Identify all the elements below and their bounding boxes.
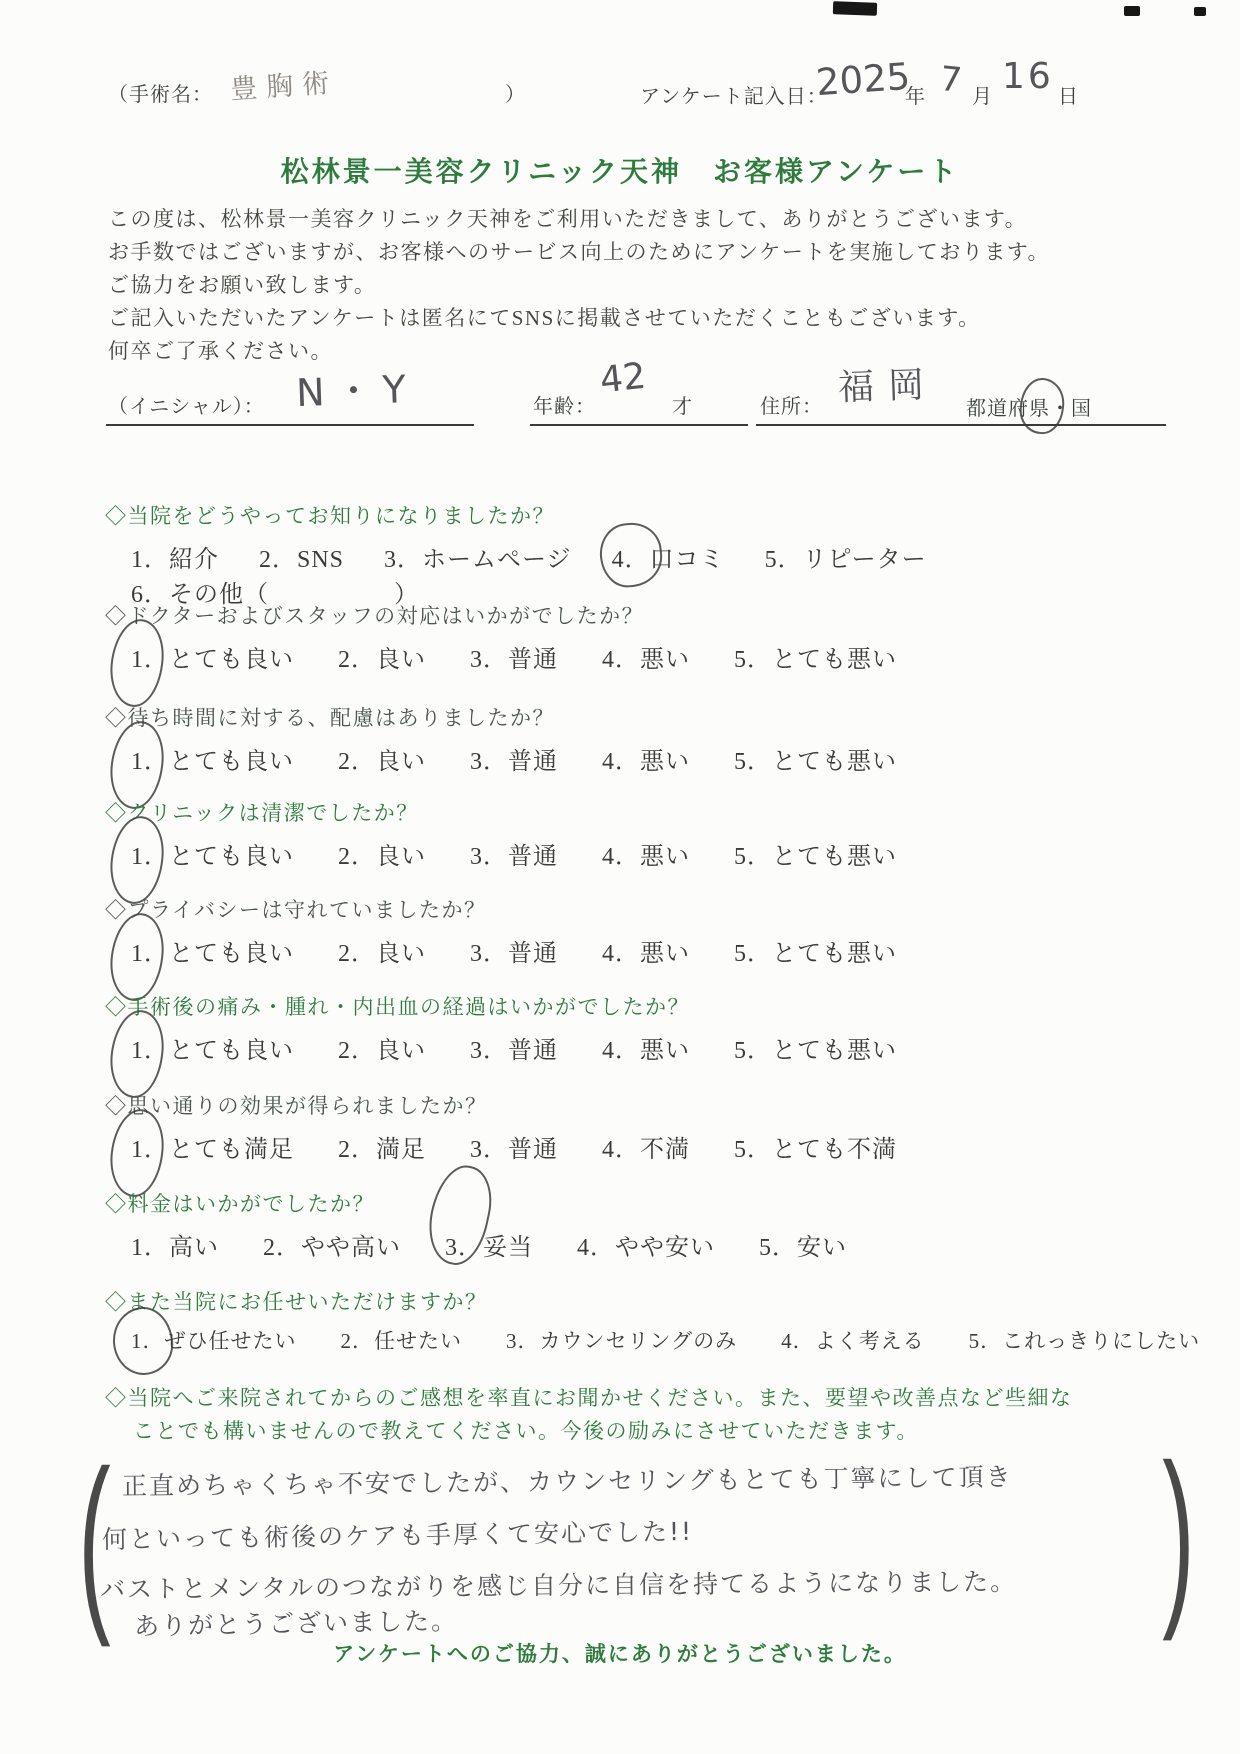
comment-close-paren: ) [1162, 1436, 1194, 1631]
intro-line: ご協力をお願い致します。 [108, 269, 1168, 302]
question-how-did-you-know: ◇当院をどうやってお知りになりましたか？ 1．紹介2．SNS3．ホームページ4．… [105, 500, 1205, 609]
option-circled: 1．とても満足 [131, 1129, 294, 1164]
survey-date-year-handwritten: 2025 [815, 55, 912, 104]
scan-artifact [833, 1, 877, 16]
address-label: 住所： [760, 390, 823, 419]
options-row: 1．とても良い2．良い3．普通4．悪い5．とても悪い [131, 933, 1205, 968]
comment-line-handwritten: 何といっても術後のケアも手厚くて安心でした!! [102, 1512, 693, 1556]
question-title: ◇また当院にお任せいただけますか？ [105, 1286, 1235, 1316]
intro-line: この度は、松林景一美容クリニック天神をご利用いただきまして、ありがとうございます… [108, 203, 1168, 236]
options-row: 1．紹介2．SNS3．ホームページ4．口コミ5．リピーター6．その他（ ） [131, 539, 1205, 609]
option: 3．普通 [470, 836, 558, 871]
question-title-line1: ◇当院へご来院されてからのご感想を率直にお聞かせください。また、要望や改善点など… [105, 1382, 1215, 1415]
option: 5．安い [759, 1227, 847, 1262]
option-circled: 1．とても良い [131, 639, 294, 674]
question-repeat-visit: ◇また当院にお任せいただけますか？ 1．ぜひ任せたい2．任せたい3．カウンセリン… [105, 1286, 1235, 1355]
question-title: ◇当院をどうやってお知りになりましたか？ [105, 500, 1205, 530]
question-title: ◇思い通りの効果が得られましたか？ [105, 1090, 1205, 1120]
option: 2．任せたい [341, 1325, 463, 1355]
initial-label: （イニシャル）： [108, 390, 265, 419]
question-title: ◇ドクターおよびスタッフの対応はいかがでしたか？ [105, 600, 1205, 630]
question-title: ◇手術後の痛み・腫れ・内出血の経過はいかがでしたか？ [105, 991, 1205, 1021]
option: 4．悪い [602, 933, 690, 968]
scanned-survey-page: （手術名： 豊胸術 ） アンケート記入日： 2025 年 7 月 16 日 松林… [0, 0, 1240, 1754]
option: 4．やや安い [577, 1227, 715, 1262]
option-circled: 1．とても良い [131, 741, 294, 776]
options-row: 1．とても良い2．良い3．普通4．悪い5．とても悪い [131, 741, 1205, 776]
option-circled: 3．妥当 [445, 1227, 533, 1262]
question-price: ◇料金はいかがでしたか？ 1．高い2．やや高い3．妥当4．やや安い5．安い [105, 1188, 1205, 1262]
option-circled: 4．口コミ [612, 539, 725, 574]
option: 5．とても悪い [734, 741, 897, 776]
option: 4．悪い [602, 836, 690, 871]
options-row: 1．とても満足2．満足3．普通4．不満5．とても不満 [131, 1129, 1205, 1164]
option: 1．紹介 [131, 539, 219, 574]
option: 3．普通 [470, 933, 558, 968]
comment-line-handwritten: ありがとうございました。 [134, 1601, 459, 1643]
address-value-handwritten: 福岡 [837, 356, 939, 410]
option: 5．とても悪い [734, 933, 897, 968]
age-unit: 才 [672, 390, 693, 419]
question-desired-effect: ◇思い通りの効果が得られましたか？ 1．とても満足2．満足3．普通4．不満5．と… [105, 1090, 1205, 1164]
option: 5．とても悪い [734, 1030, 897, 1065]
comment-line-handwritten: バストとメンタルのつながりを感じ自分に自信を持てるようになりました。 [100, 1562, 1017, 1606]
scan-artifact [1124, 6, 1140, 16]
question-title: ◇料金はいかがでしたか？ [105, 1188, 1205, 1218]
year-unit: 年 [905, 80, 926, 109]
option: 5．リピーター [765, 539, 927, 574]
option: 5．これっきりにしたい [969, 1325, 1201, 1355]
comment-line-handwritten: 正直めちゃくちゃ不安でしたが、カウンセリングもとても丁寧にして頂き [122, 1457, 1013, 1502]
surgery-name-close-paren: ） [505, 78, 526, 107]
options-row: 1．とても良い2．良い3．普通4．悪い5．とても悪い [131, 1030, 1205, 1065]
option: 5．とても悪い [734, 836, 897, 871]
age-label: 年齢： [533, 390, 596, 419]
pref-circled-character: 県 [1029, 392, 1050, 421]
survey-date-label: アンケート記入日： [640, 80, 828, 109]
intro-line: ご記入いただいたアンケートは匿名にてSNSに掲載させていただくこともございます。 [108, 302, 1168, 335]
question-title: ◇待ち時間に対する、配慮はありましたか？ [105, 702, 1205, 732]
day-unit: 日 [1058, 80, 1079, 109]
option-circled: 1．とても良い [131, 836, 294, 871]
age-underline [530, 424, 748, 426]
option: 2．良い [338, 933, 426, 968]
option: 4．不満 [602, 1129, 690, 1164]
option: 4．よく考える [781, 1325, 925, 1355]
initial-underline [106, 424, 474, 426]
option: 2．良い [338, 741, 426, 776]
option: 2．良い [338, 1030, 426, 1065]
survey-date-month-handwritten: 7 [938, 59, 964, 101]
footer-thanks: アンケートへのご協力、誠にありがとうございました。 [0, 1638, 1240, 1668]
question-title: ◇プライバシーは守れていましたか？ [105, 894, 1205, 924]
question-postop-course: ◇手術後の痛み・腫れ・内出血の経過はいかがでしたか？ 1．とても良い2．良い3．… [105, 991, 1205, 1065]
option: 5．とても悪い [734, 639, 897, 674]
option: 2．やや高い [263, 1227, 401, 1262]
initial-value-handwritten: N・Y [295, 358, 416, 417]
option: 3．カウンセリングのみ [506, 1325, 737, 1355]
option: 4．悪い [602, 639, 690, 674]
question-cleanliness: ◇クリニックは清潔でしたか？ 1．とても良い2．良い3．普通4．悪い5．とても悪… [105, 797, 1205, 871]
question-free-comment: ◇当院へご来院されてからのご感想を率直にお聞かせください。また、要望や改善点など… [105, 1382, 1215, 1448]
month-unit: 月 [972, 80, 993, 109]
intro-line: お手数ではございますが、お客様へのサービス向上のためにアンケートを実施しておりま… [108, 236, 1168, 269]
intro-paragraph: この度は、松林景一美容クリニック天神をご利用いただきまして、ありがとうございます… [108, 203, 1168, 368]
option: 3．普通 [470, 639, 558, 674]
option-circled: 1．とても良い [131, 933, 294, 968]
option: 2．満足 [338, 1129, 426, 1164]
option: 4．悪い [602, 741, 690, 776]
question-title: ◇クリニックは清潔でしたか？ [105, 797, 1205, 827]
options-row: 1．とても良い2．良い3．普通4．悪い5．とても悪い [131, 836, 1205, 871]
options-row: 1．ぜひ任せたい2．任せたい3．カウンセリングのみ4．よく考える5．これっきりに… [131, 1325, 1235, 1355]
question-title-line2: ことでも構いませんので教えてください。今後の励みにさせていただきます。 [133, 1415, 1215, 1448]
option: 3．普通 [470, 1030, 558, 1065]
survey-date-day-handwritten: 16 [1002, 56, 1054, 97]
option: 3．普通 [470, 1129, 558, 1164]
option: 2．良い [338, 836, 426, 871]
page-title: 松林景一美容クリニック天神 お客様アンケート [0, 150, 1240, 190]
options-row: 1．とても良い2．良い3．普通4．悪い5．とても悪い [131, 639, 1205, 674]
address-underline [756, 424, 1166, 426]
option: 4．悪い [602, 1030, 690, 1065]
option: 3．ホームページ [384, 539, 572, 574]
question-wait-time: ◇待ち時間に対する、配慮はありましたか？ 1．とても良い2．良い3．普通4．悪い… [105, 702, 1205, 776]
question-staff-response: ◇ドクターおよびスタッフの対応はいかがでしたか？ 1．とても良い2．良い3．普通… [105, 600, 1205, 674]
option-circled: 1．ぜひ任せたい [131, 1325, 297, 1355]
question-privacy: ◇プライバシーは守れていましたか？ 1．とても良い2．良い3．普通4．悪い5．と… [105, 894, 1205, 968]
option: 2．SNS [259, 539, 344, 574]
option-circled: 1．とても良い [131, 1030, 294, 1065]
surgery-name-label: （手術名： [108, 78, 213, 107]
scan-artifact [1194, 7, 1206, 16]
option: 3．普通 [470, 741, 558, 776]
prefecture-country-label: 都道府県・国 [966, 392, 1092, 421]
option: 5．とても不満 [734, 1129, 897, 1164]
age-value-handwritten: 42 [598, 356, 648, 402]
options-row: 1．高い2．やや高い3．妥当4．やや安い5．安い [131, 1227, 1205, 1262]
surgery-name-handwritten: 豊胸術 [229, 60, 339, 106]
option: 1．高い [131, 1227, 219, 1262]
option: 2．良い [338, 639, 426, 674]
